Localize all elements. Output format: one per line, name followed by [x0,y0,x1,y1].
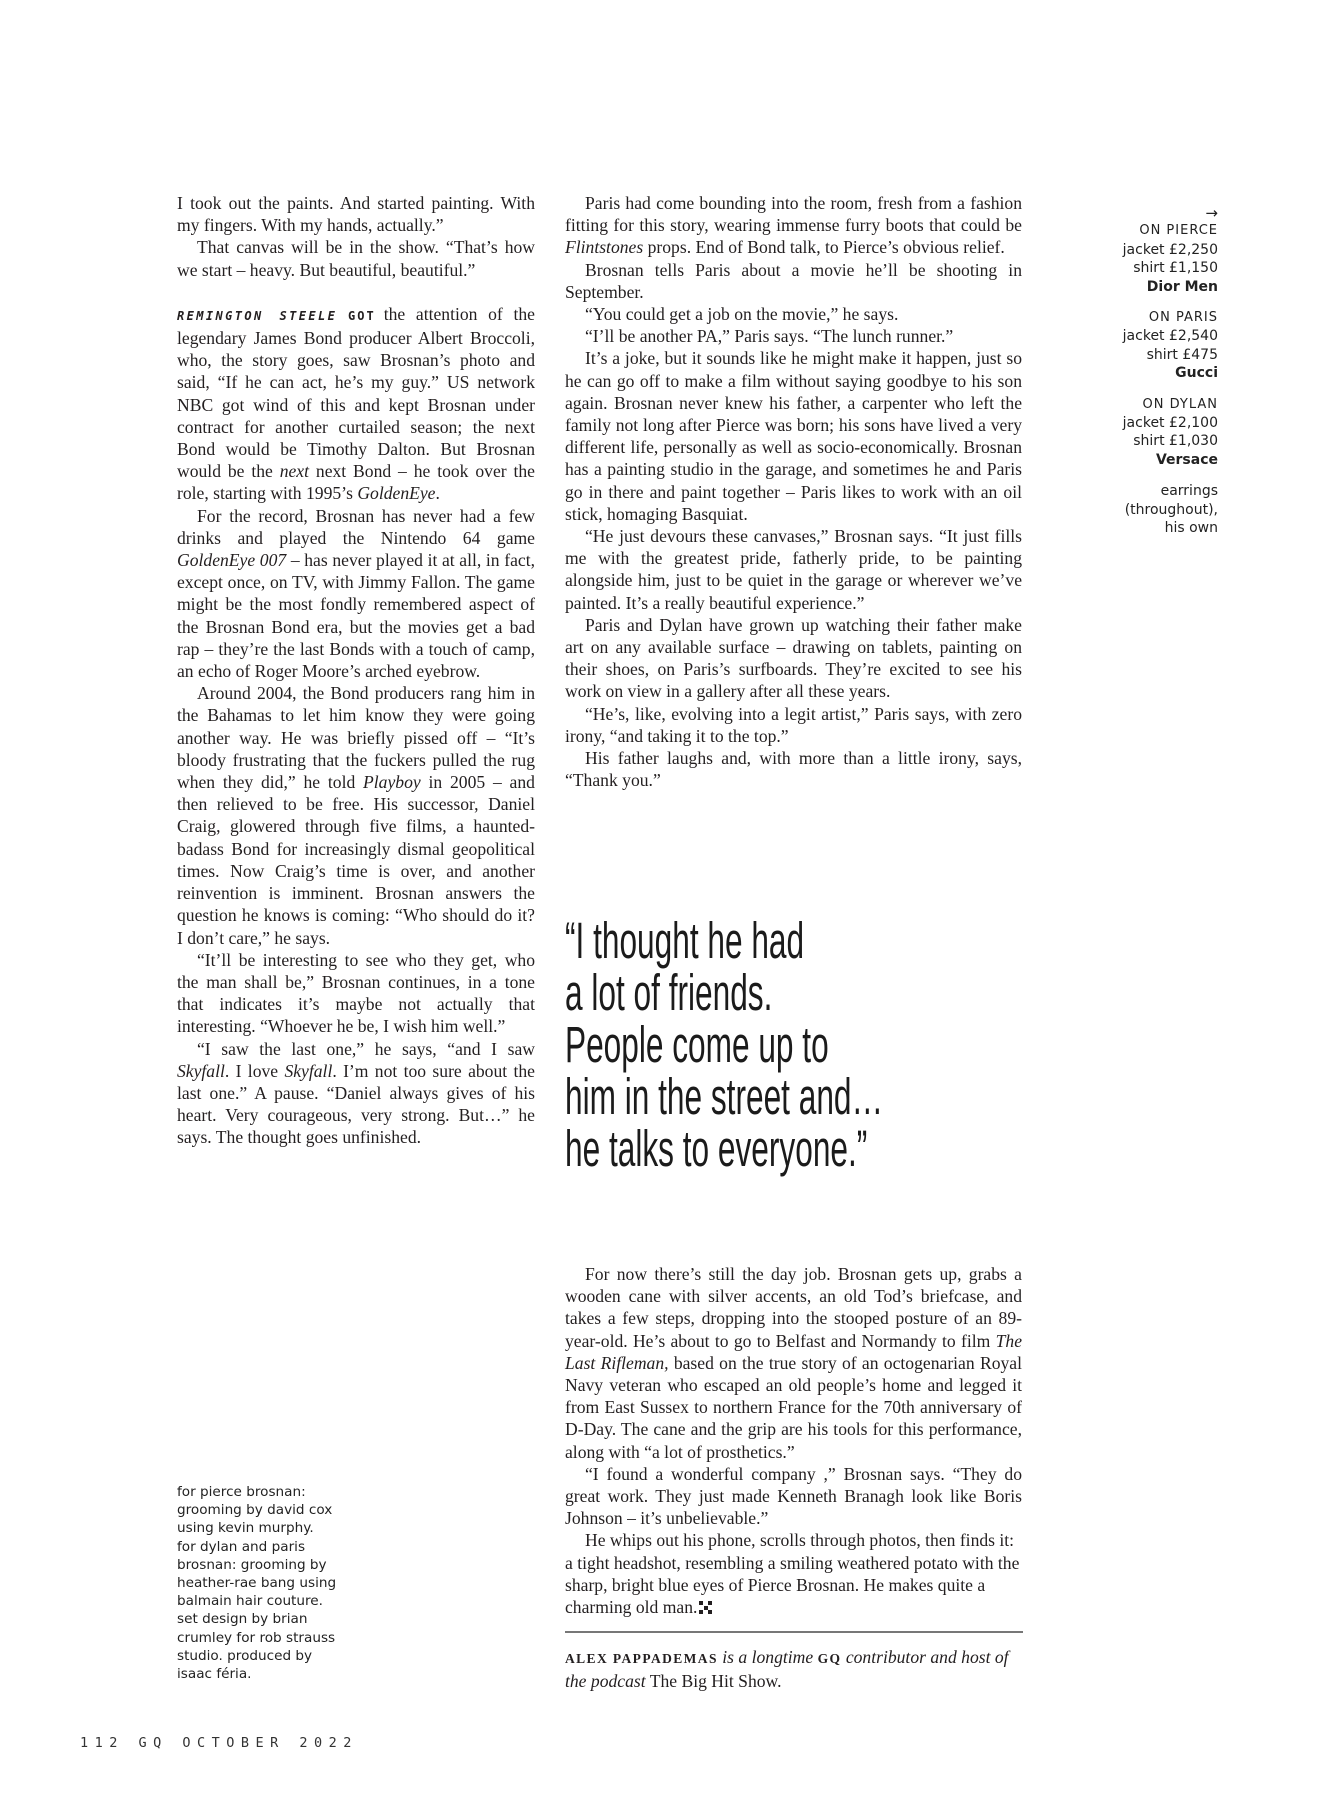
arrow-right-icon: → [1018,204,1218,222]
article-column-left: I took out the paints. And started paint… [177,192,535,1149]
divider [565,1631,1023,1633]
pull-quote-line: a lot of friends. [565,967,850,1019]
paragraph: “He’s, like, evolving into a legit artis… [565,703,1022,747]
bio-text: is a longtime [722,1647,813,1667]
note-line: his own [1018,519,1218,537]
credit-item: jacket £2,250 [1018,241,1218,259]
text: He whips out his phone, scrolls through … [565,1530,1019,1617]
credit-brand: Versace [1018,451,1218,469]
show-title: Flintstones [565,237,643,257]
text: Paris had come bounding into the room, f… [565,193,1022,235]
paragraph: “I’ll be another PA,” Paris says. “The l… [565,325,1022,347]
text: For now there’s still the day job. Brosn… [565,1264,1022,1351]
drop-lead-in-got: GOT [348,309,376,323]
paragraph: Paris and Dylan have grown up watching t… [565,614,1022,703]
author-name: ALEX PAPPADEMAS [565,1651,718,1666]
paragraph: “You could get a job on the movie,” he s… [565,303,1022,325]
credit-line: heather-rae bang using [177,1574,387,1592]
paragraph: Around 2004, the Bond producers rang him… [177,682,535,948]
text: in 2005 – and then relieved to be free. … [177,772,535,947]
credit-item: shirt £1,030 [1018,432,1218,450]
text: the attention of the legendary James Bon… [177,304,535,481]
pull-quote-line: he talks to everyone.” [565,1123,850,1175]
paragraph: Brosnan tells Paris about a movie he’ll … [565,259,1022,303]
italic-text: next [280,461,309,481]
paragraph: For the record, Brosnan has never had a … [177,505,535,683]
note-line: (throughout), [1018,501,1218,519]
article-column-middle: Paris had come bounding into the room, f… [565,192,1022,791]
paragraph: For now there’s still the day job. Brosn… [565,1263,1022,1463]
paragraph: That canvas will be in the show. “That’s… [177,236,535,280]
paragraph: “I found a wonderful company ,” Brosnan … [565,1463,1022,1530]
author-bio: ALEX PAPPADEMAS is a longtime GQ contrib… [565,1646,1025,1692]
magazine-name: GQ [818,1651,842,1666]
text: . [436,483,440,503]
credit-item: shirt £1,150 [1018,259,1218,277]
film-title: Skyfall [177,1061,225,1081]
credit-line: isaac féria. [177,1665,387,1683]
drop-lead-in: REMINGTON STEELE [177,309,337,323]
credit-line: using kevin murphy. [177,1519,387,1537]
fashion-credits: → ON PIERCE jacket £2,250 shirt £1,150 D… [1018,204,1218,551]
paragraph: I took out the paints. And started paint… [177,192,535,236]
game-title: GoldenEye 007 [177,550,286,570]
credit-item: jacket £2,540 [1018,327,1218,345]
credit-line: grooming by david cox [177,1501,387,1519]
paragraph: “It’ll be interesting to see who they ge… [177,949,535,1038]
film-title: GoldenEye [357,483,435,503]
pull-quote-line: “I thought he had [565,915,850,967]
note-line: earrings [1018,482,1218,500]
pull-quote-line: him in the street and… [565,1071,850,1123]
pull-quote-line: People come up to [565,1019,850,1071]
credit-subject: ON PIERCE [1018,222,1218,240]
text: For the record, Brosnan has never had a … [177,506,535,548]
end-mark-icon [699,1601,712,1614]
credit-brand: Dior Men [1018,278,1218,296]
credit-brand: Gucci [1018,364,1218,382]
credit-group-pierce: ON PIERCE jacket £2,250 shirt £1,150 Dio… [1018,222,1218,296]
paragraph: It’s a joke, but it sounds like he might… [565,347,1022,525]
article-column-middle-bottom: For now there’s still the day job. Brosn… [565,1263,1022,1618]
credit-subject: ON DYLAN [1018,396,1218,414]
pull-quote: “I thought he had a lot of friends. Peop… [565,915,850,1175]
credit-line: for dylan and paris [177,1538,387,1556]
page-folio: 112 GQ OCTOBER 2022 [80,1735,358,1751]
credit-note: earrings (throughout), his own [1018,482,1218,537]
paragraph: He whips out his phone, scrolls through … [565,1529,1022,1618]
credit-item: shirt £475 [1018,346,1218,364]
credit-group-paris: ON PARIS jacket £2,540 shirt £475 Gucci [1018,309,1218,383]
text: “I saw the last one,” he says, “and I sa… [197,1039,535,1059]
text: . I love [225,1061,278,1081]
film-title: Skyfall [284,1061,332,1081]
podcast-title: The Big Hit Show. [650,1671,782,1691]
text: props. End of Bond talk, to Pierce’s obv… [648,237,1005,257]
credit-group-dylan: ON DYLAN jacket £2,100 shirt £1,030 Vers… [1018,396,1218,470]
section-opening-paragraph: REMINGTON STEELE GOTthe attention of the… [177,303,535,505]
credit-line: balmain hair couture. [177,1592,387,1610]
paragraph: Paris had come bounding into the room, f… [565,192,1022,259]
credit-line: studio. produced by [177,1647,387,1665]
credit-item: jacket £2,100 [1018,414,1218,432]
paragraph: “I saw the last one,” he says, “and I sa… [177,1038,535,1149]
credit-line: set design by brian [177,1610,387,1628]
credit-subject: ON PARIS [1018,309,1218,327]
paragraph: “He just devours these canvases,” Brosna… [565,525,1022,614]
paragraph: His father laughs and, with more than a … [565,747,1022,791]
production-credits: for pierce brosnan: grooming by david co… [177,1483,387,1683]
credit-line: for pierce brosnan: [177,1483,387,1501]
credit-line: crumley for rob strauss [177,1629,387,1647]
credit-line: brosnan: grooming by [177,1556,387,1574]
magazine-title: Playboy [363,772,421,792]
